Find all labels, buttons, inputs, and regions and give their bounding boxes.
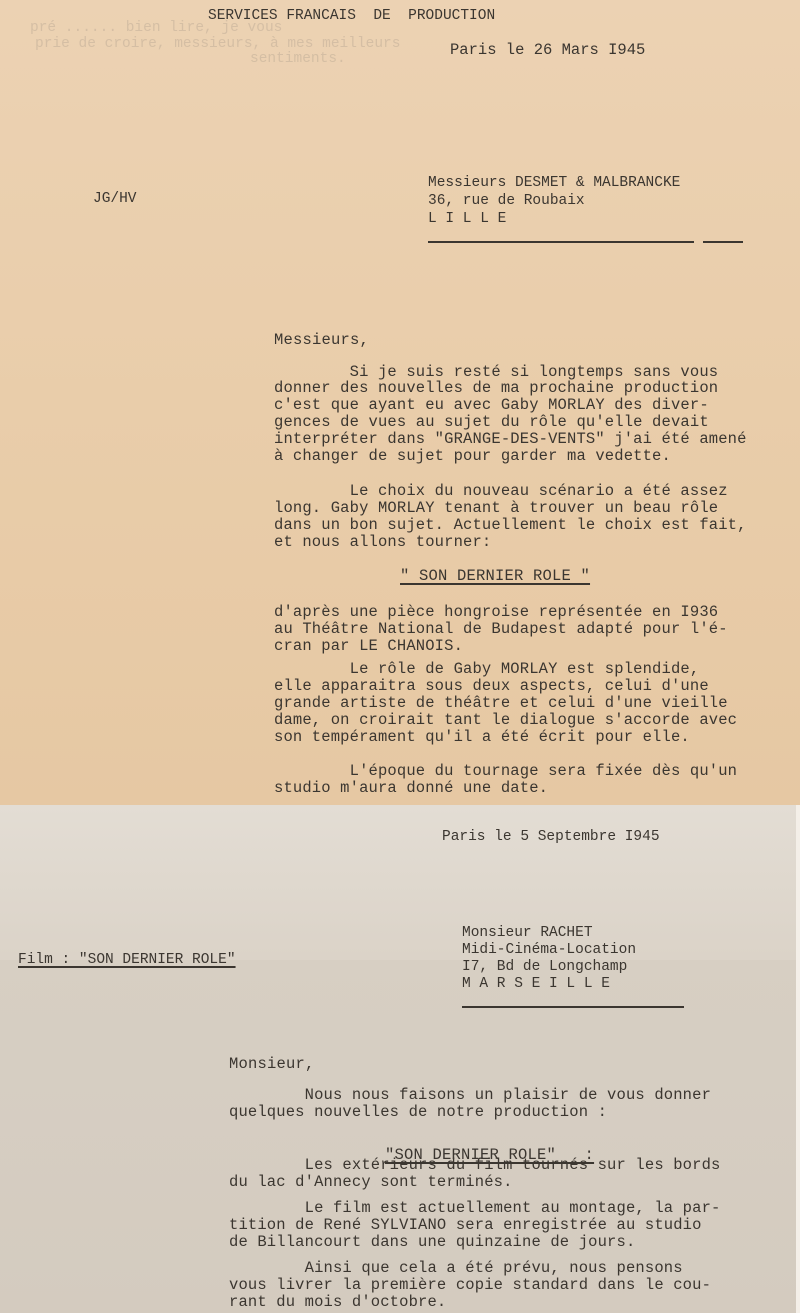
salutation: Messieurs, — [274, 332, 369, 349]
bleed-through-line: sentiments. — [250, 51, 346, 68]
letterhead: SERVICES FRANCAIS DE PRODUCTION — [208, 8, 495, 25]
subject-line: Film : "SON DERNIER ROLE" — [18, 952, 236, 969]
address-rule — [428, 241, 694, 243]
text-line: gences de vues au sujet du rôle qu'elle … — [274, 414, 709, 431]
text-line: son tempérament qu'il a été écrit pour e… — [274, 729, 690, 746]
recipient-street: 36, rue de Roubaix — [428, 193, 585, 210]
text-line: grande artiste de théâtre et celui d'une… — [274, 695, 728, 712]
text-line: Ainsi que cela a été prévu, nous pensons — [229, 1260, 683, 1277]
text-line: quelques nouvelles de notre production : — [229, 1104, 607, 1121]
text-line: interpréter dans "GRANGE-DES-VENTS" j'ai… — [274, 431, 747, 448]
reference-code: JG/HV — [93, 191, 137, 208]
letter-date: Paris le 5 Septembre I945 — [442, 829, 660, 846]
text-line: de Billancourt dans une quinzaine de jou… — [229, 1234, 635, 1251]
text-line: L'époque du tournage sera fixée dès qu'u… — [274, 763, 737, 780]
recipient-name: Monsieur RACHET — [462, 925, 593, 942]
address-rule — [462, 1006, 684, 1008]
recipient-name: Messieurs DESMET & MALBRANCKE — [428, 175, 680, 192]
text-line: au Théâtre National de Budapest adapté p… — [274, 621, 728, 638]
recipient-company: Midi-Cinéma-Location — [462, 942, 636, 959]
text-line: donner des nouvelles de ma prochaine pro… — [274, 380, 718, 397]
letter-page-2: Paris le 5 Septembre I945 Film : "SON DE… — [0, 805, 800, 1313]
text-line: Les extérieurs du film tournés sur les b… — [229, 1157, 720, 1174]
text-line: Le rôle de Gaby MORLAY est splendide, — [274, 661, 699, 678]
text-line: c'est que ayant eu avec Gaby MORLAY des … — [274, 397, 709, 414]
recipient-city: L I L L E — [428, 211, 506, 228]
text-line: dame, on croirait tant le dialogue s'acc… — [274, 712, 737, 729]
text-line: rant du mois d'octobre. — [229, 1294, 446, 1311]
text-line: vous livrer la première copie standard d… — [229, 1277, 711, 1294]
salutation: Monsieur, — [229, 1056, 315, 1073]
text-line: du lac d'Annecy sont terminés. — [229, 1174, 513, 1191]
text-line: dans un bon sujet. Actuellement le choix… — [274, 517, 747, 534]
paper-edge — [796, 805, 800, 1313]
text-line: à changer de sujet pour garder ma vedett… — [274, 448, 671, 465]
text-line: d'après une pièce hongroise représentée … — [274, 604, 718, 621]
text-line: tition de René SYLVIANO sera enregistrée… — [229, 1217, 702, 1234]
text-line: Nous nous faisons un plaisir de vous don… — [229, 1087, 711, 1104]
letter-page-1: pré ...... bien lire, je vous prie de cr… — [0, 0, 800, 805]
recipient-street: I7, Bd de Longchamp — [462, 959, 627, 976]
text-line: studio m'aura donné une date. — [274, 780, 548, 797]
text-line: et nous allons tourner: — [274, 534, 491, 551]
film-title: " SON DERNIER ROLE " — [400, 568, 590, 585]
text-line: cran par LE CHANOIS. — [274, 638, 463, 655]
text-line: Le choix du nouveau scénario a été assez — [274, 483, 728, 500]
text-line: long. Gaby MORLAY tenant à trouver un be… — [274, 500, 718, 517]
letter-date: Paris le 26 Mars I945 — [450, 42, 645, 59]
address-rule — [703, 241, 743, 243]
text-line: elle apparaitra sous deux aspects, celui… — [274, 678, 709, 695]
text-line: Le film est actuellement au montage, la … — [229, 1200, 720, 1217]
recipient-city: M A R S E I L L E — [462, 976, 610, 993]
